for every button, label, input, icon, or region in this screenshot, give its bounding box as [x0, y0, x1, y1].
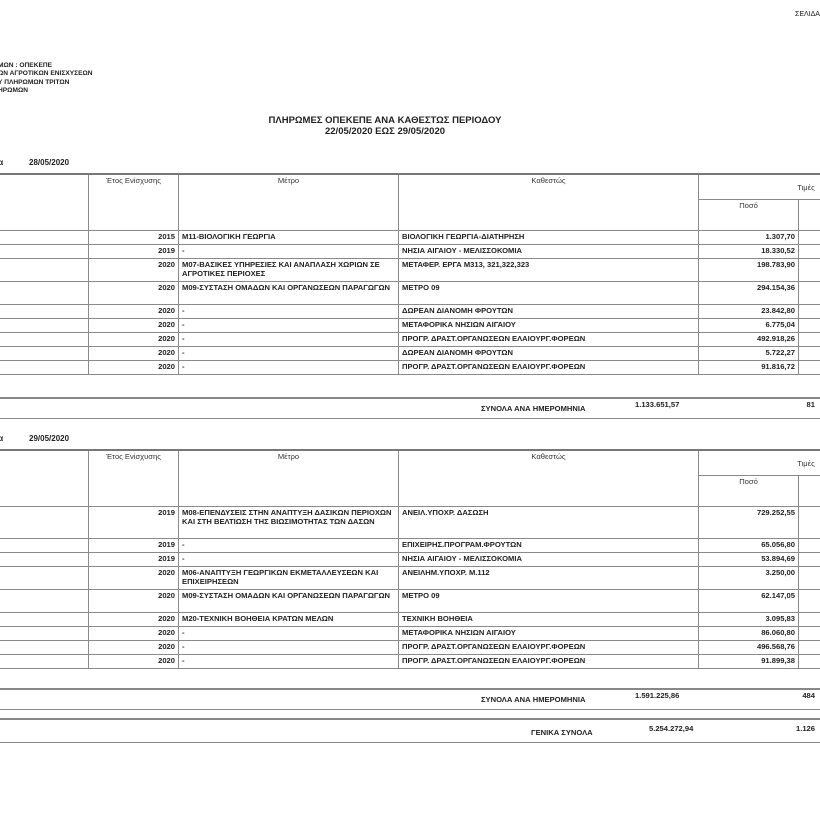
row-blank-cell — [0, 282, 89, 305]
org-line: ΩΝ ΑΓΡΟΤΙΚΩΝ ΕΝΙΣΧΥΣΕΩΝ — [0, 70, 93, 78]
header-year: Έτος Ενίσχυσης — [89, 450, 179, 507]
grand-totals-amount: 5.254.272,94 — [649, 724, 693, 733]
row-blank-cell — [0, 590, 89, 613]
row-scheme: ΝΗΣΙΑ ΑΙΓΑΙΟΥ - ΜΕΛΙΣΣΟΚΟΜΙΑ — [399, 245, 699, 259]
date-label-text: ία — [0, 434, 3, 443]
row-blank-cell — [0, 553, 89, 567]
row-blank-cell — [0, 567, 89, 590]
row-amount: 198.783,90 — [699, 259, 799, 282]
header-blank-cell — [0, 174, 89, 231]
table-row: 2020-ΔΩΡΕΑΝ ΔΙΑΝΟΜΗ ΦΡΟΥΤΩΝ23.842,801 — [0, 305, 820, 319]
row-year: 2019 — [89, 507, 179, 539]
date-totals-label: ΣΥΝΟΛΑ ΑΝΑ ΗΜΕΡΟΜΗΝΙΑ — [481, 695, 585, 704]
table-row: 2019-ΝΗΣΙΑ ΑΙΓΑΙΟΥ - ΜΕΛΙΣΣΟΚΟΜΙΑ18.330,… — [0, 245, 820, 259]
row-year: 2020 — [89, 305, 179, 319]
row-amount: 91.816,72 — [699, 361, 799, 375]
row-amount: 53.894,69 — [699, 553, 799, 567]
table-header-row: Έτος ΕνίσχυσηςΜέτροΚαθεστώςΤιμές — [0, 174, 820, 200]
row-beneficiaries: 1 — [799, 259, 820, 282]
row-year: 2020 — [89, 567, 179, 590]
row-scheme: ΤΕΧΝΙΚΗ ΒΟΗΘΕΙΑ — [399, 613, 699, 627]
row-scheme: ΔΩΡΕΑΝ ΔΙΑΝΟΜΗ ΦΡΟΥΤΩΝ — [399, 305, 699, 319]
row-blank-cell — [0, 305, 89, 319]
row-measure: - — [179, 627, 399, 641]
row-beneficiaries: 5 — [799, 333, 820, 347]
row-beneficiaries: 2 — [799, 539, 820, 553]
row-scheme: ΠΡΟΓΡ. ΔΡΑΣΤ.ΟΡΓΑΝΩΣΕΩΝ ΕΛΑΙΟΥΡΓ.ΦΟΡΕΩΝ — [399, 361, 699, 375]
row-measure: - — [179, 641, 399, 655]
header-values: Τιμές — [699, 450, 820, 476]
row-measure: - — [179, 347, 399, 361]
date-totals-count: 484 — [802, 691, 815, 700]
payments-table: Έτος ΕνίσχυσηςΜέτροΚαθεστώςΤιμέςΠοσόΠλήθ… — [0, 173, 820, 375]
row-scheme: ΜΕΤΡΟ 09 — [399, 590, 699, 613]
row-amount: 1.307,70 — [699, 231, 799, 245]
row-year: 2020 — [89, 259, 179, 282]
row-year: 2019 — [89, 245, 179, 259]
row-amount: 65.056,80 — [699, 539, 799, 553]
header-measure: Μέτρο — [179, 450, 399, 507]
report-title: ΠΛΗΡΩΜΕΣ ΟΠΕΚΕΠΕ ΑΝΑ ΚΑΘΕΣΤΩΣ ΠΕΡΙΟΔΟΥ — [0, 115, 770, 126]
row-year: 2020 — [89, 347, 179, 361]
row-measure: - — [179, 539, 399, 553]
row-amount: 86.060,80 — [699, 627, 799, 641]
row-beneficiaries: 6 — [799, 319, 820, 333]
row-blank-cell — [0, 319, 89, 333]
row-blank-cell — [0, 259, 89, 282]
grand-totals-label: ΓΕΝΙΚΑ ΣΥΝΟΛΑ — [531, 728, 593, 737]
row-blank-cell — [0, 245, 89, 259]
row-beneficiaries: 1 — [799, 305, 820, 319]
row-measure: Μ09-ΣΥΣΤΑΣΗ ΟΜΑΔΩΝ ΚΑΙ ΟΡΓΑΝΩΣΕΩΝ ΠΑΡΑΓΩ… — [179, 590, 399, 613]
date-label-text: ία — [0, 158, 3, 167]
row-scheme: ΒΙΟΛΟΓΙΚΗ ΓΕΩΡΓΙΑ-ΔΙΑΤΗΡΗΣΗ — [399, 231, 699, 245]
row-amount: 3.250,00 — [699, 567, 799, 590]
table-row: 2019Μ08-ΕΠΕΝΔΥΣΕΙΣ ΣΤΗΝ ΑΝΑΠΤΥΞΗ ΔΑΣΙΚΩΝ… — [0, 507, 820, 539]
table-row: 2019-ΕΠΙΧΕΙΡΗΣ.ΠΡΟΓΡΑΜ.ΦΡΟΥΤΩΝ65.056,802 — [0, 539, 820, 553]
page-number-label: ΣΕΛΙΔΑ — [795, 11, 820, 18]
row-scheme: ΜΕΤΡΟ 09 — [399, 282, 699, 305]
row-measure: - — [179, 319, 399, 333]
row-scheme: ΜΕΤΑΦΟΡΙΚΑ ΝΗΣΙΩΝ ΑΙΓΑΙΟΥ — [399, 627, 699, 641]
row-amount: 6.775,04 — [699, 319, 799, 333]
header-values: Τιμές — [699, 174, 820, 200]
header-measure: Μέτρο — [179, 174, 399, 231]
table-row: 2020-ΠΡΟΓΡ. ΔΡΑΣΤ.ΟΡΓΑΝΩΣΕΩΝ ΕΛΑΙΟΥΡΓ.ΦΟ… — [0, 655, 820, 669]
row-blank-cell — [0, 539, 89, 553]
table-row: 2020-ΠΡΟΓΡ. ΔΡΑΣΤ.ΟΡΓΑΝΩΣΕΩΝ ΕΛΑΙΟΥΡΓ.ΦΟ… — [0, 333, 820, 347]
header-amount: Ποσό — [699, 476, 799, 507]
row-beneficiaries: 2 — [799, 231, 820, 245]
row-beneficiaries: 6 — [799, 641, 820, 655]
row-year: 2020 — [89, 627, 179, 641]
row-measure: - — [179, 655, 399, 669]
row-beneficiaries: 5 — [799, 361, 820, 375]
row-amount: 492.918,26 — [699, 333, 799, 347]
row-measure: Μ11-ΒΙΟΛΟΓΙΚΗ ΓΕΩΡΓΙΑ — [179, 231, 399, 245]
date-value: 29/05/2020 — [29, 434, 69, 443]
table-row: 2020Μ07-ΒΑΣΙΚΕΣ ΥΠΗΡΕΣΙΕΣ ΚΑΙ ΑΝΑΠΛΑΣΗ Χ… — [0, 259, 820, 282]
row-beneficiaries: 59 — [799, 245, 820, 259]
row-beneficiaries: 316 — [799, 507, 820, 539]
date-totals-amount: 1.591.225,86 — [635, 691, 679, 700]
row-scheme: ΑΝΕΙΛ.ΥΠΟΧΡ. ΔΑΣΩΣΗ — [399, 507, 699, 539]
row-beneficiaries: 3 — [799, 567, 820, 590]
grand-totals-row: ΓΕΝΙΚΑ ΣΥΝΟΛΑ5.254.272,941.126 — [0, 718, 820, 743]
row-measure: - — [179, 245, 399, 259]
row-measure: - — [179, 361, 399, 375]
row-amount: 496.568,76 — [699, 641, 799, 655]
date-totals-label: ΣΥΝΟΛΑ ΑΝΑ ΗΜΕΡΟΜΗΝΙΑ — [481, 404, 585, 413]
table-row: 2020Μ06-ΑΝΑΠΤΥΞΗ ΓΕΩΡΓΙΚΩΝ ΕΚΜΕΤΑΛΛΕΥΣΕΩ… — [0, 567, 820, 590]
table-header-row: Έτος ΕνίσχυσηςΜέτροΚαθεστώςΤιμές — [0, 450, 820, 476]
org-line: ΜΩΝ : ΟΠΕΚΕΠΕ — [0, 62, 93, 70]
org-line: Υ ΠΛΗΡΩΜΩΝ ΤΡΙΤΩΝ — [0, 79, 93, 87]
row-amount: 18.330,52 — [699, 245, 799, 259]
table-row: 2020-ΜΕΤΑΦΟΡΙΚΑ ΝΗΣΙΩΝ ΑΙΓΑΙΟΥ6.775,046 — [0, 319, 820, 333]
row-measure: Μ08-ΕΠΕΝΔΥΣΕΙΣ ΣΤΗΝ ΑΝΑΠΤΥΞΗ ΔΑΣΙΚΩΝ ΠΕΡ… — [179, 507, 399, 539]
table-row: 2020-ΜΕΤΑΦΟΡΙΚΑ ΝΗΣΙΩΝ ΑΙΓΑΙΟΥ86.060,801… — [0, 627, 820, 641]
row-amount: 729.252,55 — [699, 507, 799, 539]
row-blank-cell — [0, 333, 89, 347]
report-title-block: ΠΛΗΡΩΜΕΣ ΟΠΕΚΕΠΕ ΑΝΑ ΚΑΘΕΣΤΩΣ ΠΕΡΙΟΔΟΥ 2… — [0, 115, 770, 137]
row-year: 2020 — [89, 333, 179, 347]
table-row: 2015Μ11-ΒΙΟΛΟΓΙΚΗ ΓΕΩΡΓΙΑΒΙΟΛΟΓΙΚΗ ΓΕΩΡΓ… — [0, 231, 820, 245]
row-measure: - — [179, 553, 399, 567]
row-scheme: ΠΡΟΓΡ. ΔΡΑΣΤ.ΟΡΓΑΝΩΣΕΩΝ ΕΛΑΙΟΥΡΓ.ΦΟΡΕΩΝ — [399, 641, 699, 655]
organization-header: ΜΩΝ : ΟΠΕΚΕΠΕ ΩΝ ΑΓΡΟΤΙΚΩΝ ΕΝΙΣΧΥΣΕΩΝ Υ … — [0, 62, 93, 96]
date-totals-row: ΣΥΝΟΛΑ ΑΝΑ ΗΜΕΡΟΜΗΝΙΑ1.133.651,5781 — [0, 397, 820, 419]
header-beneficiaries: Πλήθος Δικαιούχων — [799, 476, 820, 507]
row-year: 2019 — [89, 539, 179, 553]
row-year: 2020 — [89, 282, 179, 305]
org-line: ΗΡΩΜΩΝ — [0, 87, 93, 95]
row-blank-cell — [0, 627, 89, 641]
row-scheme: ΜΕΤΑΦΟΡΙΚΑ ΝΗΣΙΩΝ ΑΙΓΑΙΟΥ — [399, 319, 699, 333]
row-measure: Μ06-ΑΝΑΠΤΥΞΗ ΓΕΩΡΓΙΚΩΝ ΕΚΜΕΤΑΛΛΕΥΣΕΩΝ ΚΑ… — [179, 567, 399, 590]
row-scheme: ΔΩΡΕΑΝ ΔΙΑΝΟΜΗ ΦΡΟΥΤΩΝ — [399, 347, 699, 361]
header-amount: Ποσό — [699, 200, 799, 231]
row-scheme: ΕΠΙΧΕΙΡΗΣ.ΠΡΟΓΡΑΜ.ΦΡΟΥΤΩΝ — [399, 539, 699, 553]
row-beneficiaries: 6 — [799, 655, 820, 669]
row-amount: 62.147,05 — [699, 590, 799, 613]
row-blank-cell — [0, 347, 89, 361]
row-scheme: ΠΡΟΓΡ. ΔΡΑΣΤ.ΟΡΓΑΝΩΣΕΩΝ ΕΛΑΙΟΥΡΓ.ΦΟΡΕΩΝ — [399, 333, 699, 347]
row-year: 2019 — [89, 553, 179, 567]
row-year: 2020 — [89, 655, 179, 669]
row-year: 2020 — [89, 319, 179, 333]
row-scheme: ΜΕΤΑΦΕΡ. ΕΡΓΑ Μ313, 321,322,323 — [399, 259, 699, 282]
table-row: 2020-ΠΡΟΓΡ. ΔΡΑΣΤ.ΟΡΓΑΝΩΣΕΩΝ ΕΛΑΙΟΥΡΓ.ΦΟ… — [0, 641, 820, 655]
row-amount: 3.095,83 — [699, 613, 799, 627]
header-blank-cell — [0, 450, 89, 507]
table-row: 2020Μ20-ΤΕΧΝΙΚΗ ΒΟΗΘΕΙΑ ΚΡΑΤΩΝ ΜΕΛΩΝΤΕΧΝ… — [0, 613, 820, 627]
row-measure: Μ20-ΤΕΧΝΙΚΗ ΒΟΗΘΕΙΑ ΚΡΑΤΩΝ ΜΕΛΩΝ — [179, 613, 399, 627]
row-year: 2020 — [89, 590, 179, 613]
header-scheme: Καθεστώς — [399, 174, 699, 231]
row-blank-cell — [0, 613, 89, 627]
header-beneficiaries: Πλήθος Δικαιούχων — [799, 200, 820, 231]
payments-table: Έτος ΕνίσχυσηςΜέτροΚαθεστώςΤιμέςΠοσόΠλήθ… — [0, 449, 820, 669]
grand-totals-count: 1.126 — [796, 724, 815, 733]
row-amount: 23.842,80 — [699, 305, 799, 319]
row-year: 2015 — [89, 231, 179, 245]
row-amount: 91.899,38 — [699, 655, 799, 669]
header-year: Έτος Ενίσχυσης — [89, 174, 179, 231]
row-scheme: ΠΡΟΓΡ. ΔΡΑΣΤ.ΟΡΓΑΝΩΣΕΩΝ ΕΛΑΙΟΥΡΓ.ΦΟΡΕΩΝ — [399, 655, 699, 669]
row-scheme: ΝΗΣΙΑ ΑΙΓΑΙΟΥ - ΜΕΛΙΣΣΟΚΟΜΙΑ — [399, 553, 699, 567]
report-period: 22/05/2020 ΕΩΣ 29/05/2020 — [0, 126, 770, 137]
row-blank-cell — [0, 361, 89, 375]
row-measure: - — [179, 305, 399, 319]
row-blank-cell — [0, 641, 89, 655]
row-year: 2020 — [89, 613, 179, 627]
row-year: 2020 — [89, 361, 179, 375]
row-beneficiaries: 1 — [799, 613, 820, 627]
row-measure: Μ09-ΣΥΣΤΑΣΗ ΟΜΑΔΩΝ ΚΑΙ ΟΡΓΑΝΩΣΕΩΝ ΠΑΡΑΓΩ… — [179, 282, 399, 305]
table-row: 2020Μ09-ΣΥΣΤΑΣΗ ΟΜΑΔΩΝ ΚΑΙ ΟΡΓΑΝΩΣΕΩΝ ΠΑ… — [0, 590, 820, 613]
row-blank-cell — [0, 231, 89, 245]
row-beneficiaries: 1 — [799, 282, 820, 305]
table-row: 2020Μ09-ΣΥΣΤΑΣΗ ΟΜΑΔΩΝ ΚΑΙ ΟΡΓΑΝΩΣΕΩΝ ΠΑ… — [0, 282, 820, 305]
header-scheme: Καθεστώς — [399, 450, 699, 507]
row-measure: Μ07-ΒΑΣΙΚΕΣ ΥΠΗΡΕΣΙΕΣ ΚΑΙ ΑΝΑΠΛΑΣΗ ΧΩΡΙΩ… — [179, 259, 399, 282]
row-amount: 294.154,36 — [699, 282, 799, 305]
table-row: 2020-ΠΡΟΓΡ. ΔΡΑΣΤ.ΟΡΓΑΝΩΣΕΩΝ ΕΛΑΙΟΥΡΓ.ΦΟ… — [0, 361, 820, 375]
row-amount: 5.722,27 — [699, 347, 799, 361]
row-scheme: ΑΝΕΙΛΗΜ.ΥΠΟΧΡ. Μ.112 — [399, 567, 699, 590]
date-totals-row: ΣΥΝΟΛΑ ΑΝΑ ΗΜΕΡΟΜΗΝΙΑ1.591.225,86484 — [0, 688, 820, 710]
row-beneficiaries: 133 — [799, 553, 820, 567]
row-beneficiaries: 1 — [799, 347, 820, 361]
row-measure: - — [179, 333, 399, 347]
table-row: 2019-ΝΗΣΙΑ ΑΙΓΑΙΟΥ - ΜΕΛΙΣΣΟΚΟΜΙΑ53.894,… — [0, 553, 820, 567]
date-value: 28/05/2020 — [29, 158, 69, 167]
row-beneficiaries: 16 — [799, 627, 820, 641]
date-totals-amount: 1.133.651,57 — [635, 400, 679, 409]
table-row: 2020-ΔΩΡΕΑΝ ΔΙΑΝΟΜΗ ΦΡΟΥΤΩΝ5.722,271 — [0, 347, 820, 361]
row-beneficiaries: 1 — [799, 590, 820, 613]
row-blank-cell — [0, 507, 89, 539]
row-blank-cell — [0, 655, 89, 669]
row-year: 2020 — [89, 641, 179, 655]
date-totals-count: 81 — [807, 400, 815, 409]
